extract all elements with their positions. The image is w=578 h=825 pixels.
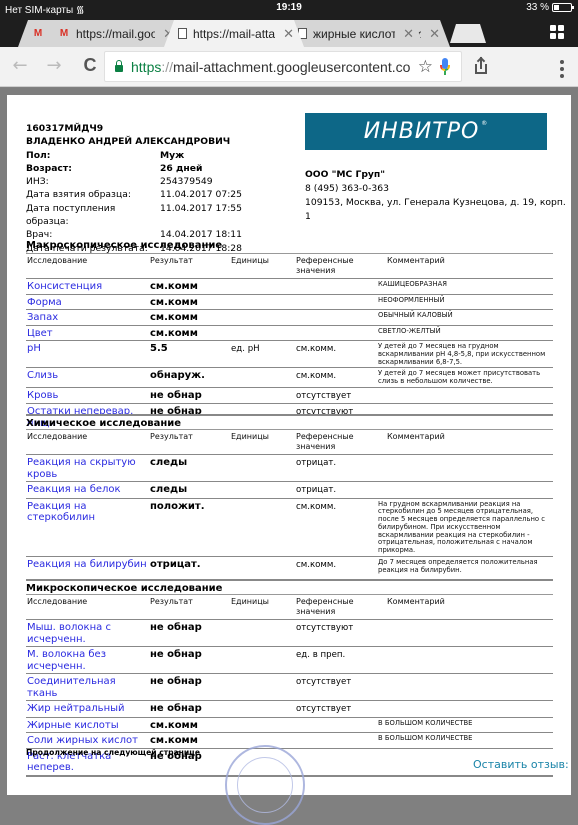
results-table: Исследование Результат Единицы Референсн… [26,594,553,770]
table-row: Мыш. волокна с исчерченн. не обнар отсут… [26,620,553,647]
test-reference [295,748,377,770]
col-test: Исследование [26,254,149,279]
field-label: Пол: [26,149,160,162]
test-comment [377,620,553,647]
results-table: Исследование Результат Единицы Референсн… [26,253,553,430]
patient-info: 160317МЙДЧ9 ВЛАДЕНКО АНДРЕЙ АЛЕКСАНДРОВИ… [26,122,242,255]
col-reference: Референсные значения [295,430,377,455]
test-result: не обнар [149,674,230,701]
status-bar: Нет SIM-карты ᯾ 19:19 33 % [0,0,578,16]
table-row: Реакция на скрытую кровь следы отрицат. [26,455,553,482]
table-row: Реакция на белок следы отрицат. [26,482,553,499]
test-name-link[interactable]: М. волокна без исчерченн. [26,647,149,674]
test-result: обнаруж. [149,368,230,388]
tab-mail-attachment[interactable]: https://mail-attac ✕ [164,20,304,47]
bookmark-star-icon[interactable]: ☆ [418,57,433,77]
test-units [230,455,295,482]
test-result: см.комм [149,279,230,295]
battery-percent: 33 % [526,2,549,13]
test-result: см.комм [149,325,230,341]
field-value: 254379549 [160,175,213,188]
table-row: Консистенция см.комм КАШИЦЕОБРАЗНАЯ [26,279,553,295]
section-title: Химическое исследование [26,414,553,429]
test-units [230,498,295,557]
test-result: см.комм [149,310,230,326]
test-result: не обнар [149,387,230,404]
gmail-icon: M [58,29,70,39]
test-result: см.комм [149,294,230,310]
feedback-link[interactable]: Оставить отзыв: [473,758,569,770]
test-name-link[interactable]: Реакция на белок [26,482,149,499]
results-section: Химическое исследование Исследование Рез… [26,414,553,576]
field-value: 26 дней [160,162,202,175]
reload-button[interactable]: C [78,55,102,76]
close-tab-icon[interactable]: ✕ [403,26,414,42]
test-result: 5.5 [149,341,230,368]
test-reference [295,733,377,749]
table-row: Слизь обнаруж. см.комм. У детей до 7 мес… [26,368,553,388]
col-units: Единицы [230,430,295,455]
col-result: Результат [149,254,230,279]
test-comment [377,647,553,674]
more-menu-icon[interactable] [560,60,564,78]
company-phone: 8 (495) 363-0-363 [305,182,571,196]
tab-fatty-acids[interactable]: жирные кислоты ✕ [284,20,424,47]
back-button[interactable]: ← [8,55,32,76]
close-tab-icon[interactable]: ✕ [429,26,440,42]
test-result: следы [149,482,230,499]
test-name-link[interactable]: Консистенция [26,279,149,295]
test-name-link[interactable]: Соединительная ткань [26,674,149,701]
table-row: М. волокна без исчерченн. не обнар ед. в… [26,647,553,674]
continued-note: Продолжение на следующей странице [26,748,200,757]
test-units [230,620,295,647]
field-value: 11.04.2017 17:55 [160,202,242,229]
test-comment: У детей до 7 месяцев может присутствоват… [377,368,553,388]
results-section: Макроскопическое исследование Исследован… [26,238,553,430]
test-units [230,310,295,326]
test-comment: НЕОФОРМЛЕННЫЙ [377,294,553,310]
field-value: 11.04.2017 07:25 [160,188,242,201]
test-result: не обнар [149,647,230,674]
lock-icon [115,65,123,72]
test-name-link[interactable]: Мыш. волокна с исчерченн. [26,620,149,647]
share-icon[interactable] [474,57,488,75]
test-reference: отсутствует [295,674,377,701]
test-reference: см.комм. [295,498,377,557]
col-units: Единицы [230,254,295,279]
col-comment: Комментарий [377,254,553,279]
test-reference: отсутствует [295,387,377,404]
test-units [230,557,295,576]
field-value: Муж [160,149,184,162]
test-reference [295,310,377,326]
test-units [230,701,295,718]
patient-field: Пол:Муж [26,149,242,162]
col-result: Результат [149,595,230,620]
patient-field: ИНЗ:254379549 [26,175,242,188]
lab-info: ООО "МС Груп" 8 (495) 363-0-363 109153, … [305,168,571,224]
patient-field: Возраст:26 дней [26,162,242,175]
page-viewport[interactable]: 160317МЙДЧ9 ВЛАДЕНКО АНДРЕЙ АЛЕКСАНДРОВИ… [0,88,578,770]
table-row: Реакция на билирубин отрицат. см.комм. Д… [26,557,553,576]
col-comment: Комментарий [377,595,553,620]
test-result: отрицат. [149,557,230,576]
test-reference [295,279,377,295]
test-comment: У детей до 7 месяцев на грудном вскармли… [377,341,553,368]
test-units [230,368,295,388]
tab-gmail-2[interactable]: M https://mail.googl ✕ [44,20,184,47]
gmail-icon: M [32,29,44,39]
test-reference: отсутствует [295,701,377,718]
results-table: Исследование Результат Единицы Референсн… [26,429,553,576]
test-reference [295,717,377,733]
test-name-link[interactable]: Соли жирных кислот [26,733,149,749]
test-units: ед. pH [230,341,295,368]
test-comment: ОБЫЧНЫЙ КАЛОВЫЙ [377,310,553,326]
test-result: не обнар [149,620,230,647]
table-row: Цвет см.комм СВЕТЛО-ЖЕЛТЫЙ [26,325,553,341]
test-name-link[interactable]: Жирные кислоты [26,717,149,733]
test-comment [377,387,553,404]
table-row: Реакция на стеркобилин положит. см.комм.… [26,498,553,557]
test-reference: см.комм. [295,341,377,368]
test-comment: На грудном вскармливании реакция на стер… [377,498,553,557]
clock: 19:19 [0,2,578,13]
url-text[interactable]: https://mail-attachment.googleuserconten… [131,59,410,75]
invitro-logo: ИНВИТРО® [305,113,547,150]
patient-name: ВЛАДЕНКО АНДРЕЙ АЛЕКСАНДРОВИЧ [26,135,242,148]
patient-field: Дата поступления образца:11.04.2017 17:5… [26,202,242,229]
document-icon [178,28,187,39]
patient-field: Дата взятия образца:11.04.2017 07:25 [26,188,242,201]
table-row: Форма см.комм НЕОФОРМЛЕННЫЙ [26,294,553,310]
test-comment: До 7 месяцев определяется положительная … [377,557,553,576]
col-reference: Референсные значения [295,254,377,279]
results-section: Микроскопическое исследование Исследован… [26,579,553,770]
field-label: Дата поступления образца: [26,202,160,229]
col-comment: Комментарий [377,430,553,455]
test-name-link[interactable]: Запах [26,310,149,326]
table-row: Соли жирных кислот см.комм В БОЛЬШОМ КОЛ… [26,733,553,749]
field-label: Возраст: [26,162,160,175]
test-units [230,387,295,404]
test-result: см.комм [149,717,230,733]
test-result: положит. [149,498,230,557]
test-units [230,325,295,341]
test-reference: ед. в преп. [295,647,377,674]
test-reference: отсутствуют [295,620,377,647]
forward-button[interactable]: → [42,55,66,76]
company-name: ООО "МС Груп" [305,168,571,182]
browser-toolbar: ← → C https://mail-attachment.googleuser… [0,47,578,87]
test-comment: СВЕТЛО-ЖЕЛТЫЙ [377,325,553,341]
table-row: Жирные кислоты см.комм В БОЛЬШОМ КОЛИЧЕС… [26,717,553,733]
col-test: Исследование [26,595,149,620]
test-comment: В БОЛЬШОМ КОЛИЧЕСТВЕ [377,733,553,749]
battery-indicator: 33 % [526,2,572,13]
test-comment [377,674,553,701]
microphone-icon[interactable] [441,58,449,75]
close-tab-icon[interactable]: ✕ [283,26,294,42]
test-units [230,482,295,499]
test-comment: В БОЛЬШОМ КОЛИЧЕСТВЕ [377,717,553,733]
table-row: Жир нейтральный не обнар отсутствует [26,701,553,718]
field-label: ИНЗ: [26,175,160,188]
test-units [230,279,295,295]
col-test: Исследование [26,430,149,455]
test-name-link[interactable]: Цвет [26,325,149,341]
table-row: Запах см.комм ОБЫЧНЫЙ КАЛОВЫЙ [26,310,553,326]
test-name-link[interactable]: pH [26,341,149,368]
test-comment [377,455,553,482]
test-comment [377,482,553,499]
test-comment [377,701,553,718]
test-reference: см.комм. [295,557,377,576]
test-result: следы [149,455,230,482]
table-row: Кровь не обнар отсутствует [26,387,553,404]
test-name-link[interactable]: Жир нейтральный [26,701,149,718]
col-result: Результат [149,430,230,455]
test-reference [295,294,377,310]
test-name-link[interactable]: Реакция на скрытую кровь [26,455,149,482]
test-comment: КАШИЦЕОБРАЗНАЯ [377,279,553,295]
test-name-link[interactable]: Реакция на стеркобилин [26,498,149,557]
table-row: pH 5.5 ед. pH см.комм. У детей до 7 меся… [26,341,553,368]
section-title: Микроскопическое исследование [26,579,553,594]
test-name-link[interactable]: Кровь [26,387,149,404]
new-tab-button[interactable] [450,24,486,43]
col-units: Единицы [230,595,295,620]
test-name-link[interactable]: Слизь [26,368,149,388]
order-id: 160317МЙДЧ9 [26,122,242,135]
test-units [230,674,295,701]
test-reference: отрицат. [295,455,377,482]
test-reference [295,325,377,341]
test-name-link[interactable]: Форма [26,294,149,310]
tab-switcher-icon[interactable] [550,25,564,39]
table-row: Соединительная ткань не обнар отсутствуе… [26,674,553,701]
test-reference: отрицат. [295,482,377,499]
tab-strip: M Н M https://mail.googl ✕ https://mail-… [0,16,578,47]
test-units [230,717,295,733]
test-reference: см.комм. [295,368,377,388]
test-units [230,647,295,674]
field-label: Дата взятия образца: [26,188,160,201]
battery-icon [552,3,572,12]
address-bar[interactable]: https://mail-attachment.googleuserconten… [104,51,462,82]
test-result: см.комм [149,733,230,749]
col-reference: Референсные значения [295,595,377,620]
test-units [230,294,295,310]
lab-report-page: 160317МЙДЧ9 ВЛАДЕНКО АНДРЕЙ АЛЕКСАНДРОВИ… [7,95,571,770]
section-title: Макроскопическое исследование [26,238,553,253]
test-name-link[interactable]: Реакция на билирубин [26,557,149,576]
company-address: 109153, Москва, ул. Генерала Кузнецова, … [305,196,571,224]
test-result: не обнар [149,701,230,718]
